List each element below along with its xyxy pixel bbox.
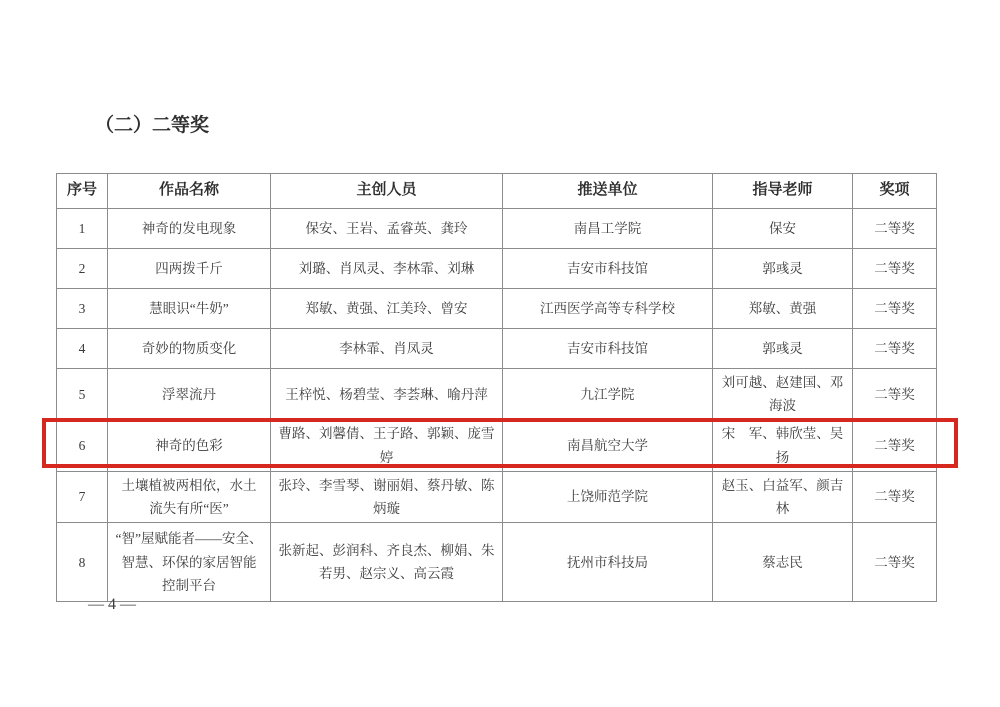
cell-no: 8 xyxy=(57,523,108,602)
cell-creators: 王梓悦、杨碧莹、李荟琳、喻丹萍 xyxy=(271,369,503,420)
cell-teachers: 郭彧灵 xyxy=(713,329,853,369)
cell-unit: 九江学院 xyxy=(503,369,713,420)
cell-work: 慧眼识“牛奶” xyxy=(108,289,271,329)
cell-award: 二等奖 xyxy=(853,523,937,602)
table-row: 7 土壤植被两相依，水土流失有所“医” 张玲、李雪琴、谢丽娟、蔡丹敏、陈炳璇 上… xyxy=(57,471,937,522)
cell-award: 二等奖 xyxy=(853,420,937,471)
table-row: 3 慧眼识“牛奶” 郑敏、黄强、江美玲、曾安 江西医学高等专科学校 郑敏、黄强 … xyxy=(57,289,937,329)
cell-no: 1 xyxy=(57,209,108,249)
cell-unit: 吉安市科技馆 xyxy=(503,249,713,289)
table-row: 5 浮翠流丹 王梓悦、杨碧莹、李荟琳、喻丹萍 九江学院 刘可越、赵建国、邓海波 … xyxy=(57,369,937,420)
cell-creators: 李林霏、肖凤灵 xyxy=(271,329,503,369)
table-row: 1 神奇的发电现象 保安、王岩、孟睿英、龚玲 南昌工学院 保安 二等奖 xyxy=(57,209,937,249)
cell-creators: 曹路、刘馨倩、王子路、郭颖、庞雪婷 xyxy=(271,420,503,471)
table-row: 8 “智”屋赋能者——安全、智慧、环保的家居智能控制平台 张新起、彭润科、齐良杰… xyxy=(57,523,937,602)
cell-teachers: 郭彧灵 xyxy=(713,249,853,289)
cell-creators: 刘璐、肖凤灵、李林霏、刘琳 xyxy=(271,249,503,289)
table-row: 4 奇妙的物质变化 李林霏、肖凤灵 吉安市科技馆 郭彧灵 二等奖 xyxy=(57,329,937,369)
cell-no: 6 xyxy=(57,420,108,471)
col-header-teachers: 指导老师 xyxy=(713,174,853,209)
col-header-award: 奖项 xyxy=(853,174,937,209)
cell-unit: 吉安市科技馆 xyxy=(503,329,713,369)
cell-teachers: 宋 军、韩欣莹、吴扬 xyxy=(713,420,853,471)
cell-teachers: 保安 xyxy=(713,209,853,249)
cell-work: 浮翠流丹 xyxy=(108,369,271,420)
cell-unit: 江西医学高等专科学校 xyxy=(503,289,713,329)
page-number: — 4 — xyxy=(88,596,136,614)
cell-award: 二等奖 xyxy=(853,369,937,420)
col-header-unit: 推送单位 xyxy=(503,174,713,209)
col-header-creators: 主创人员 xyxy=(271,174,503,209)
cell-creators: 张新起、彭润科、齐良杰、柳娟、朱若男、赵宗义、高云霞 xyxy=(271,523,503,602)
cell-unit: 抚州市科技局 xyxy=(503,523,713,602)
table-header-row: 序号 作品名称 主创人员 推送单位 指导老师 奖项 xyxy=(57,174,937,209)
cell-no: 3 xyxy=(57,289,108,329)
cell-no: 4 xyxy=(57,329,108,369)
section-heading: （二）二等奖 xyxy=(95,110,209,137)
cell-work: 四两拨千斤 xyxy=(108,249,271,289)
cell-no: 2 xyxy=(57,249,108,289)
cell-work: “智”屋赋能者——安全、智慧、环保的家居智能控制平台 xyxy=(108,523,271,602)
cell-award: 二等奖 xyxy=(853,471,937,522)
cell-award: 二等奖 xyxy=(853,209,937,249)
col-header-no: 序号 xyxy=(57,174,108,209)
table-row-highlighted: 6 神奇的色彩 曹路、刘馨倩、王子路、郭颖、庞雪婷 南昌航空大学 宋 军、韩欣莹… xyxy=(57,420,937,471)
cell-award: 二等奖 xyxy=(853,289,937,329)
cell-unit: 上饶师范学院 xyxy=(503,471,713,522)
cell-teachers: 赵玉、白益军、颜吉林 xyxy=(713,471,853,522)
cell-no: 7 xyxy=(57,471,108,522)
awards-table: 序号 作品名称 主创人员 推送单位 指导老师 奖项 1 神奇的发电现象 保安、王… xyxy=(56,173,937,602)
cell-award: 二等奖 xyxy=(853,249,937,289)
cell-work: 土壤植被两相依，水土流失有所“医” xyxy=(108,471,271,522)
cell-no: 5 xyxy=(57,369,108,420)
document-page: （二）二等奖 序号 作品名称 主创人员 推送单位 指导老师 奖项 1 神奇的发电… xyxy=(0,0,1000,707)
cell-creators: 郑敏、黄强、江美玲、曾安 xyxy=(271,289,503,329)
col-header-work: 作品名称 xyxy=(108,174,271,209)
cell-teachers: 蔡志民 xyxy=(713,523,853,602)
cell-teachers: 刘可越、赵建国、邓海波 xyxy=(713,369,853,420)
cell-work: 奇妙的物质变化 xyxy=(108,329,271,369)
cell-work: 神奇的色彩 xyxy=(108,420,271,471)
cell-award: 二等奖 xyxy=(853,329,937,369)
cell-unit: 南昌工学院 xyxy=(503,209,713,249)
cell-creators: 张玲、李雪琴、谢丽娟、蔡丹敏、陈炳璇 xyxy=(271,471,503,522)
cell-work: 神奇的发电现象 xyxy=(108,209,271,249)
cell-unit: 南昌航空大学 xyxy=(503,420,713,471)
cell-teachers: 郑敏、黄强 xyxy=(713,289,853,329)
table-row: 2 四两拨千斤 刘璐、肖凤灵、李林霏、刘琳 吉安市科技馆 郭彧灵 二等奖 xyxy=(57,249,937,289)
cell-creators: 保安、王岩、孟睿英、龚玲 xyxy=(271,209,503,249)
